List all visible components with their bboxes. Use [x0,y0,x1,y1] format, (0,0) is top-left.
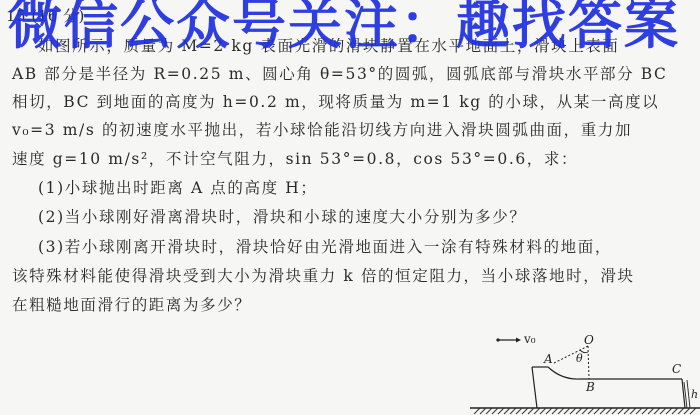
label-h: h [691,388,698,401]
label-C: C [672,362,681,376]
ground-hatching [474,408,696,414]
velocity-arrow-icon [496,338,521,343]
radius-lines [554,346,589,379]
slider-block [532,367,687,408]
physics-diagram: v₀ O A θ B C h [470,320,700,415]
sub-question-2: (2)当小球刚好滑离滑块时，滑块和小球的速度大小分别为多少？ [38,207,526,227]
sub-question-3-continuation-2: 在粗糙地面滑行的距离为多少？ [12,295,251,315]
height-marker [687,380,690,408]
sub-question-3: (3)若小球刚离开滑块时，滑块恰好由光滑地面进入一涂有特殊材料的地面， [38,237,612,257]
sub-question-3-continuation-1: 该特殊材料能使得滑块受到大小为滑块重力 k 倍的恒定阻力，当小球落地时，滑块 [12,266,635,286]
problem-line-4: v₀=3 m/s 的初速度水平抛出，若小球恰能沿切线方向进入滑块圆弧曲面，重力加 [12,120,632,140]
label-A: A [544,352,553,366]
label-v0: v₀ [524,332,536,346]
label-B: B [586,380,595,394]
label-theta: θ [576,352,583,365]
problem-line-3: 相切，BC 到地面的高度为 h=0.2 m，现将质量为 m=1 kg 的小球，从… [12,92,659,112]
problem-line-2: AB 部分是半径为 R=0.25 m、圆心角 θ=53°的圆弧，圆弧底部与滑块水… [12,64,668,84]
problem-line-5: 速度 g=10 m/s²，不计空气阻力，sin 53°=0.8，cos 53°=… [12,149,578,169]
label-O: O [584,333,594,347]
watermark: 微信公众号关注：趣找答案 [8,0,680,60]
sub-question-1: (1)小球抛出时距离 A 点的高度 H； [38,178,317,198]
